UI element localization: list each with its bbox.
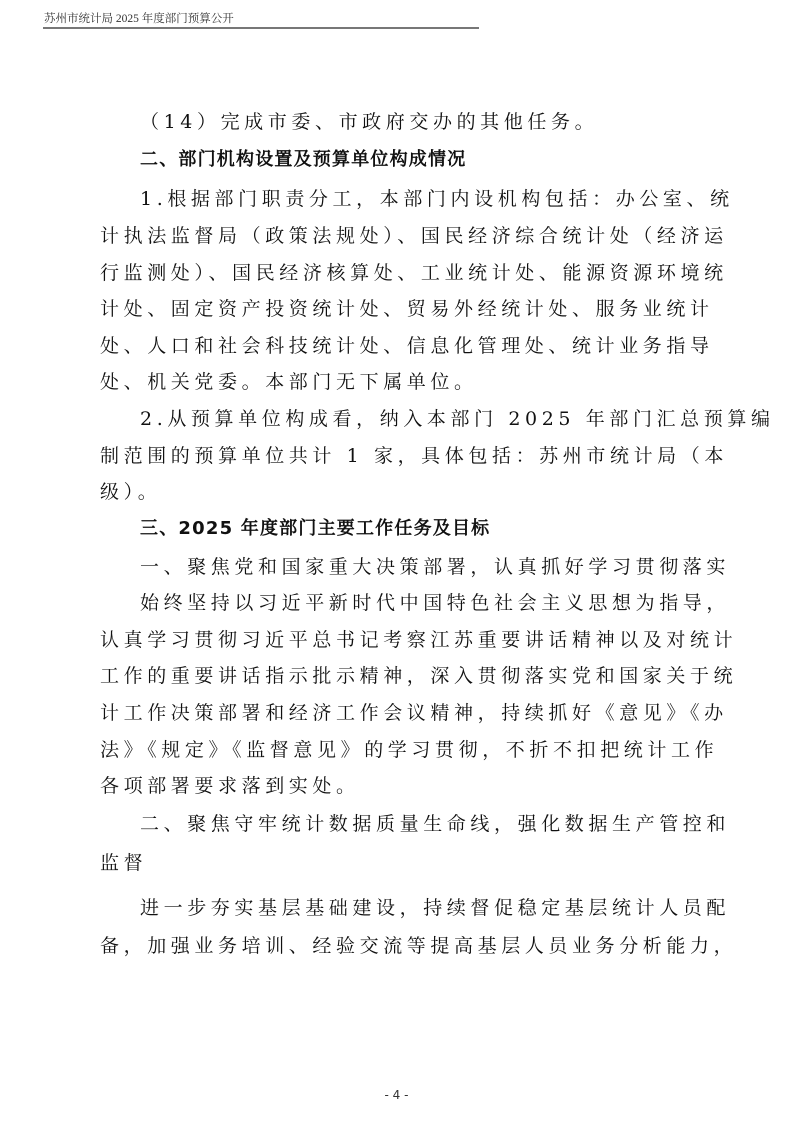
paragraph-line: 进一步夯实基层基础建设，持续督促稳定基层统计人员配 bbox=[140, 894, 730, 922]
page-number: - 4 - bbox=[0, 1088, 793, 1102]
paragraph-line: 计工作决策部署和经济工作会议精神，持续抓好《意见》《办 bbox=[100, 699, 728, 727]
subheading-line: 一、聚焦党和国家重大决策部署，认真抓好学习贯彻落实 bbox=[140, 553, 730, 581]
paragraph-line: 备，加强业务培训、经验交流等提高基层人员业务分析能力， bbox=[100, 932, 737, 960]
paragraph-line: 始终坚持以习近平新时代中国特色社会主义思想为指导， bbox=[140, 589, 730, 617]
paragraph-line: 级）。 bbox=[100, 478, 161, 506]
paragraph-line-task-14: （14）完成市委、市政府交办的其他任务。 bbox=[140, 108, 598, 136]
paragraph-line: 各项部署要求落到实处。 bbox=[100, 772, 360, 800]
subheading-line: 二、聚焦守牢统计数据质量生命线，强化数据生产管控和 bbox=[140, 810, 730, 838]
subheading-line: 监督 bbox=[100, 849, 147, 877]
paragraph-line: 制范围的预算单位共计 1 家，具体包括：苏州市统计局（本 bbox=[100, 442, 728, 470]
paragraph-line: 2.从预算单位构成看，纳入本部门 2025 年部门汇总预算编 bbox=[140, 405, 775, 433]
paragraph-line: 法》《规定》《监督意见》的学习贯彻，不折不扣把统计工作 bbox=[100, 736, 718, 764]
section-heading-2: 二、部门机构设置及预算单位构成情况 bbox=[140, 146, 466, 174]
paragraph-line: 1.根据部门职责分工，本部门内设机构包括：办公室、统 bbox=[140, 185, 734, 213]
paragraph-line: 处、人口和社会科技统计处、信息化管理处、统计业务指导 bbox=[100, 332, 714, 360]
paragraph-line: 计执法监督局（政策法规处）、国民经济综合统计处（经济运 bbox=[100, 222, 728, 250]
paragraph-line: 处、机关党委。本部门无下属单位。 bbox=[100, 368, 478, 396]
header-title: 苏州市统计局 2025 年度部门预算公开 bbox=[44, 10, 234, 26]
paragraph-line: 认真学习贯彻习近平总书记考察江苏重要讲话精神以及对统计 bbox=[100, 626, 737, 654]
paragraph-line: 行监测处）、国民经济核算处、工业统计处、能源资源环境统 bbox=[100, 259, 728, 287]
paragraph-line: 计处、固定资产投资统计处、贸易外经统计处、服务业统计 bbox=[100, 295, 714, 323]
header-divider bbox=[43, 27, 479, 29]
paragraph-line: 工作的重要讲话指示批示精神，深入贯彻落实党和国家关于统 bbox=[100, 662, 737, 690]
section-heading-3: 三、2025 年度部门主要工作任务及目标 bbox=[140, 515, 490, 543]
